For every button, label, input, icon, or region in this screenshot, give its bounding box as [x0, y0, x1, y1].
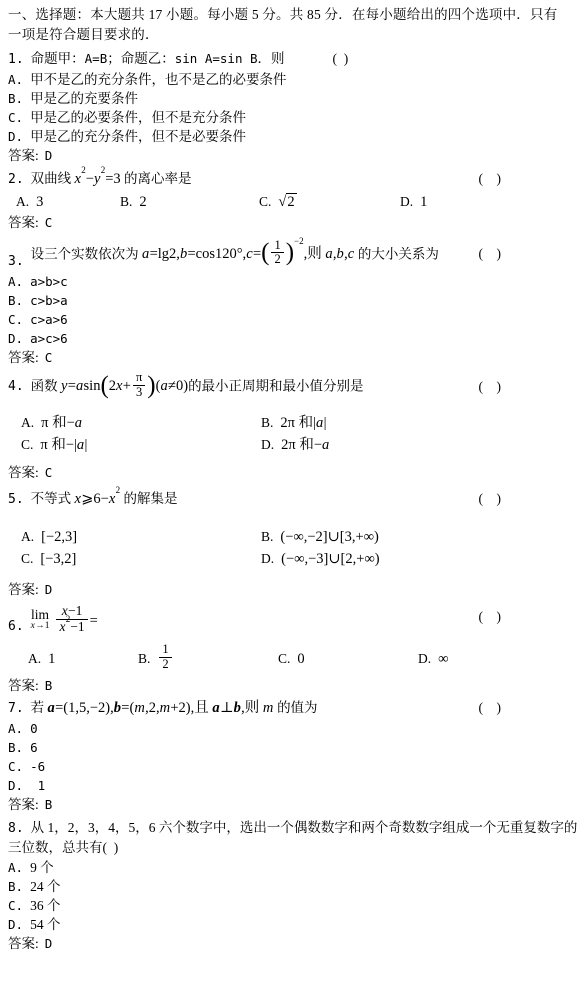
section-header-line-2: 一项是符合题目要求的． — [8, 25, 579, 45]
option-b: B.6 — [8, 738, 579, 757]
option-d: D. 1 — [8, 776, 579, 795]
option-a: A.3 — [16, 191, 120, 213]
option-b: B.2 — [120, 191, 259, 213]
option-c: C.甲是乙的必要条件，但不是充分条件 — [8, 108, 579, 127]
option-b: B.24 个 — [8, 877, 579, 896]
question-stem: 8.从 1，2，3，4，5，6 六个数字中，选出一个偶数数字和两个奇数数字组成一… — [8, 820, 577, 856]
section-header: 一、选择题：本大题共 17 小题。每小题 5 分。共 85 分．在每小题给出的四… — [8, 5, 579, 45]
section-header-line-1: 一、选择题：本大题共 17 小题。每小题 5 分。共 85 分．在每小题给出的四… — [8, 5, 579, 25]
answer-value: D — [45, 148, 53, 163]
option-a: A.1 — [28, 646, 138, 672]
option-c: C.c>a>6 — [8, 310, 579, 329]
question-number: 2. — [8, 169, 24, 191]
question-5: 5. 不等式 x⩾6−x2 的解集是 ( ) A.[−2,3] B.(−∞,−2… — [8, 489, 579, 599]
answer-value: B — [45, 797, 53, 812]
question-stem: 若 a=(1,5,−2),b=(m,2,m+2),且 a⊥b,则 m 的值为 — [31, 698, 318, 718]
option-c: C.π 和−|a| — [21, 434, 261, 456]
question-number: 5. — [8, 490, 24, 510]
answer-line: 答案:D — [8, 146, 579, 165]
answer-bracket: ( ) — [479, 698, 502, 718]
answer-value: C — [45, 215, 53, 230]
question-number: 4. — [8, 377, 24, 397]
question-2: 2. 双曲线 x2−y2=3 的离心率是 ( ) A.3 B.2 C.√2 D.… — [8, 168, 579, 232]
option-d: D.2π 和−a — [261, 434, 579, 456]
option-a: A.[−2,3] — [21, 526, 261, 548]
question-stem: limx→1x−1x2−1= — [31, 606, 98, 637]
option-a: A.0 — [8, 719, 579, 738]
question-3: 3. 设三个实数依次为 a=lg2,b=cos120°,c=(12)−2,则 a… — [8, 236, 579, 367]
option-a: A.a>b>c — [8, 272, 579, 291]
question-7: 7. 若 a=(1,5,−2),b=(m,2,m+2),且 a⊥b,则 m 的值… — [8, 698, 579, 814]
answer-line: 答案:D — [8, 580, 579, 599]
question-number: 6. — [8, 617, 24, 637]
option-d: D.1 — [400, 191, 579, 213]
option-b: B.甲是乙的充要条件 — [8, 89, 579, 108]
option-b: B.12 — [138, 645, 278, 674]
answer-line: 答案:C — [8, 348, 579, 367]
answer-bracket: ( ) — [479, 244, 502, 264]
answer-bracket: ( ) — [479, 377, 502, 397]
question-stem: 函数 y=asin(2x+π3)(a≠0)的最小正周期和最小值分别是 — [31, 373, 364, 402]
answer-value: B — [45, 678, 53, 693]
option-c: C.√2 — [259, 191, 400, 213]
answer-value: D — [45, 582, 53, 597]
option-d: D.甲是乙的充分条件，但不是必要条件 — [8, 127, 579, 146]
answer-line: 答案:B — [8, 676, 579, 695]
question-8: 8.从 1，2，3，4，5，6 六个数字中，选出一个偶数数字和两个奇数数字组成一… — [8, 818, 579, 954]
option-b: B.c>b>a — [8, 291, 579, 310]
option-a: A.π 和−a — [21, 412, 261, 434]
answer-bracket: ( ) — [479, 489, 502, 509]
option-c: C.[−3,2] — [21, 548, 261, 570]
option-d: D.∞ — [418, 646, 579, 672]
question-stem: 双曲线 x2−y2=3 的离心率是 — [31, 168, 192, 190]
option-c: C.36 个 — [8, 896, 579, 915]
question-number: 7. — [8, 699, 24, 719]
option-a: A.9 个 — [8, 858, 579, 877]
option-d: D.(−∞,−3]∪[2,+∞) — [261, 548, 579, 570]
question-stem: 设三个实数依次为 a=lg2,b=cos120°,c=(12)−2,则 a,b,… — [31, 241, 439, 273]
answer-value: C — [45, 350, 53, 365]
answer-line: 答案:D — [8, 934, 579, 953]
answer-bracket: ( ) — [479, 607, 502, 627]
option-d: D.54 个 — [8, 915, 579, 934]
answer-line: 答案:C — [8, 463, 579, 482]
question-1: 1. 命题甲：A=B；命题乙：sin A=sin B．则 ( ) A.甲不是乙的… — [8, 49, 579, 165]
question-stem: 命题甲：A=B；命题乙：sin A=sin B．则 — [31, 49, 285, 69]
question-stem: 不等式 x⩾6−x2 的解集是 — [31, 489, 178, 509]
option-c: C.0 — [278, 646, 418, 672]
option-b: B.2π 和|a| — [261, 412, 579, 434]
question-number: 1. — [8, 50, 24, 70]
answer-value: C — [45, 465, 53, 480]
question-6: 6. limx→1x−1x2−1= ( ) A.1 B.12 C.0 D.∞ 答… — [8, 601, 579, 695]
question-number: 3. — [8, 252, 24, 272]
option-a: A.甲不是乙的充分条件，也不是乙的必要条件 — [8, 70, 579, 89]
question-number: 8. — [8, 821, 24, 836]
answer-line: 答案:C — [8, 213, 579, 232]
answer-bracket: ( ) — [479, 168, 502, 190]
answer-line: 答案:B — [8, 795, 579, 814]
option-b: B.(−∞,−2]∪[3,+∞) — [261, 526, 579, 548]
answer-value: D — [45, 936, 53, 951]
option-c: C.-6 — [8, 757, 579, 776]
option-d: D.a>c>6 — [8, 329, 579, 348]
answer-bracket: ( ) — [333, 49, 349, 69]
question-4: 4. 函数 y=asin(2x+π3)(a≠0)的最小正周期和最小值分别是 ( … — [8, 372, 579, 482]
